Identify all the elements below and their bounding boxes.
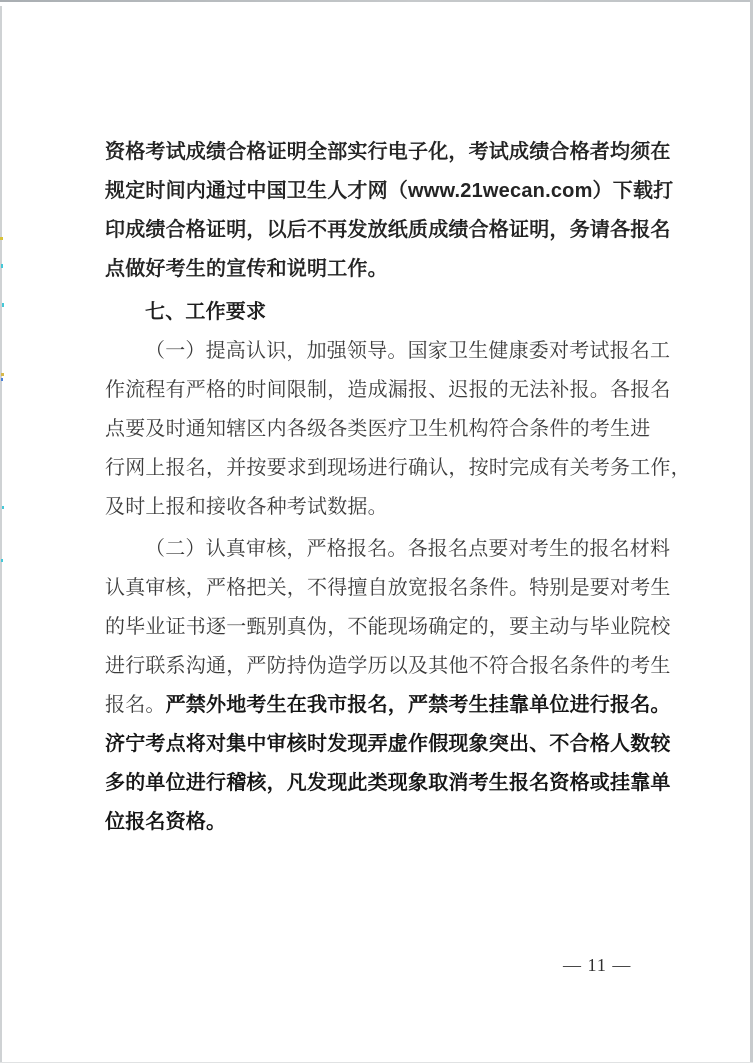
body-text: 印成绩合格证明，以后不再发放纸质成绩合格证明，务请各报名	[105, 219, 671, 241]
document-line: 印成绩合格证明，以后不再发放纸质成绩合格证明，务请各报名	[105, 211, 671, 250]
document-line: 七、工作要求	[105, 293, 671, 332]
body-text: 点要及时通知辖区内各级各类医疗卫生机构符合条件的考生进	[105, 418, 650, 440]
document-line: 点做好考生的宣传和说明工作。	[105, 250, 671, 289]
scan-speck	[1, 264, 3, 268]
paragraph-item-2: （二）认真审核，严格报名。各报名点要对考生的报名材料认真审核，严格把关，不得擅自…	[105, 530, 671, 842]
scan-speck	[1, 378, 3, 381]
document-line: 资格考试成绩合格证明全部实行电子化，考试成绩合格者均须在	[105, 133, 671, 172]
emphasized-text: 济宁考点将对集中审核时发现弄虚作假现象突出、不合格人数较	[105, 733, 671, 755]
document-line: 济宁考点将对集中审核时发现弄虚作假现象突出、不合格人数较	[105, 725, 671, 764]
document-line: 报名。严禁外地考生在我市报名，严禁考生挂靠单位进行报名。	[105, 686, 671, 725]
document-line: （二）认真审核，严格报名。各报名点要对考生的报名材料	[105, 530, 671, 569]
body-text: 七、工作要求	[145, 301, 266, 323]
body-text: 及时上报和接收各种考试数据。	[105, 496, 388, 518]
body-text: 资格考试成绩合格证明全部实行电子化，考试成绩合格者均须在	[105, 141, 671, 163]
document-line: 多的单位进行稽核，凡发现此类现象取消考生报名资格或挂靠单	[105, 764, 671, 803]
body-text: 规定时间内通过中国卫生人才网（www.21wecan.com）下载打	[105, 180, 673, 202]
scan-speck	[1, 373, 4, 376]
document-line: 行网上报名，并按要求到现场进行确认，按时完成有关考务工作，	[105, 449, 671, 488]
body-text: （一）提高认识，加强领导。国家卫生健康委对考试报名工	[145, 340, 670, 362]
scan-speck	[1, 559, 3, 562]
scan-speck	[2, 303, 4, 307]
scan-edge-left	[0, 6, 2, 1063]
document-line: 的毕业证书逐一甄别真伪，不能现场确定的，要主动与毕业院校	[105, 608, 671, 647]
body-text: 认真审核，严格把关，不得擅自放宽报名条件。特别是要对考生	[105, 577, 671, 599]
scan-speck	[0, 237, 3, 240]
document-line: 及时上报和接收各种考试数据。	[105, 488, 671, 527]
document-line: 位报名资格。	[105, 803, 671, 842]
scan-speck	[2, 506, 4, 509]
emphasized-text: 位报名资格。	[105, 811, 226, 833]
document-line: 规定时间内通过中国卫生人才网（www.21wecan.com）下载打	[105, 172, 671, 211]
body-text: 报名。	[105, 694, 166, 716]
body-text: 的毕业证书逐一甄别真伪，不能现场确定的，要主动与毕业院校	[105, 616, 671, 638]
page-number: — 11 —	[563, 954, 631, 976]
paragraph-intro: 资格考试成绩合格证明全部实行电子化，考试成绩合格者均须在规定时间内通过中国卫生人…	[105, 133, 671, 289]
scanned-document-page: 资格考试成绩合格证明全部实行电子化，考试成绩合格者均须在规定时间内通过中国卫生人…	[0, 0, 753, 1063]
scan-edge-top	[0, 0, 753, 2]
document-line: 作流程有严格的时间限制，造成漏报、迟报的无法补报。各报名	[105, 371, 671, 410]
paragraph-heading-7: 七、工作要求	[105, 293, 671, 332]
body-text: 点做好考生的宣传和说明工作。	[105, 258, 388, 280]
emphasized-text: 多的单位进行稽核，凡发现此类现象取消考生报名资格或挂靠单	[105, 772, 671, 794]
document-line: 进行联系沟通，严防持伪造学历以及其他不符合报名条件的考生	[105, 647, 671, 686]
document-body: 资格考试成绩合格证明全部实行电子化，考试成绩合格者均须在规定时间内通过中国卫生人…	[105, 133, 671, 842]
body-text: 进行联系沟通，严防持伪造学历以及其他不符合报名条件的考生	[105, 655, 671, 677]
document-line: 点要及时通知辖区内各级各类医疗卫生机构符合条件的考生进	[105, 410, 671, 449]
body-text: （二）认真审核，严格报名。各报名点要对考生的报名材料	[145, 538, 670, 560]
emphasized-text: 严禁外地考生在我市报名，严禁考生挂靠单位进行报名。	[166, 694, 671, 716]
body-text: 行网上报名，并按要求到现场进行确认，按时完成有关考务工作，	[105, 457, 691, 479]
paragraph-item-1: （一）提高认识，加强领导。国家卫生健康委对考试报名工作流程有严格的时间限制，造成…	[105, 332, 671, 527]
body-text: 作流程有严格的时间限制，造成漏报、迟报的无法补报。各报名	[105, 379, 671, 401]
document-line: 认真审核，严格把关，不得擅自放宽报名条件。特别是要对考生	[105, 569, 671, 608]
document-line: （一）提高认识，加强领导。国家卫生健康委对考试报名工	[105, 332, 671, 371]
